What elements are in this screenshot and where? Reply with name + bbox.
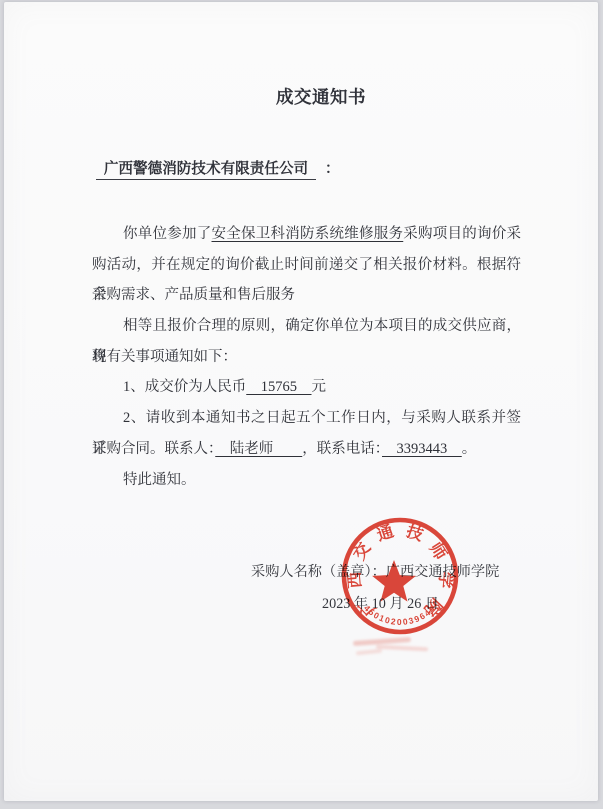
recipient-line: 广西警德消防技术有限责任公司： (96, 157, 340, 180)
body-line-4: 相等且报价合理的原则，确定你单位为本项目的成交供应商，现 (92, 311, 521, 342)
seal-arc-char: 学 (435, 571, 456, 590)
body-line-5: 将有关事项通知如下： (92, 342, 521, 373)
seal-ink-smudge (356, 649, 382, 656)
scanned-document: { "document": { "title": "成交通知书", "recip… (0, 0, 603, 809)
body-line-2: 购活动，并在规定的询价截止时间前递交了相关报价材料。根据符合 (92, 250, 521, 281)
body-line-1: 你单位参加了安全保卫科消防系统维修服务采购项目的询价采 (92, 219, 521, 250)
recipient-company: 广西警德消防技术有限责任公司 (96, 157, 316, 180)
body-line-7: 2、请收到本通知书之日起五个工作日内，与采购人联系并签订 (92, 403, 521, 434)
phone-label: ，联系电话： (302, 441, 382, 457)
document-title: 成交通知书 (276, 84, 366, 109)
body-line-8: 采购合同。联系人： 陆老师 ，联系电话： 3393443 。 (92, 434, 521, 465)
contact-name: 陆老师 (215, 441, 302, 457)
line8-period: 。 (462, 441, 477, 457)
official-seal-stamp: 广 西 交 通 技 师 学 院 4501020039644 (330, 506, 470, 646)
body-line-9: 特此通知。 (92, 465, 521, 496)
seal-arc-char: 交 (349, 538, 375, 563)
body-line-6: 1、成交价为人民币 15765 元 (92, 372, 521, 403)
seal-arc-char: 西 (344, 570, 364, 589)
line1-pre: 你单位参加了 (123, 226, 212, 242)
price-unit: 元 (312, 379, 327, 395)
line1-project-name: 安全保卫科消防系统维修服务 (212, 226, 404, 242)
line1-tail: 采购项目的询价采 (403, 226, 521, 242)
body-line-3: 采购需求、产品质量和售后服务 (92, 280, 521, 311)
recipient-colon: ： (325, 161, 340, 177)
notice-body: 你单位参加了安全保卫科消防系统维修服务采购项目的询价采 购活动，并在规定的询价截… (92, 219, 521, 495)
document-page: 成交通知书 广西警德消防技术有限责任公司： 你单位参加了安全保卫科消防系统维修服… (4, 2, 598, 801)
price-value: 15765 (246, 379, 311, 395)
star-icon (372, 560, 416, 602)
contact-label: 采购合同。联系人： (92, 441, 215, 457)
price-label: 1、成交价为人民币 (123, 379, 246, 395)
phone-number: 3393443 (382, 441, 462, 457)
